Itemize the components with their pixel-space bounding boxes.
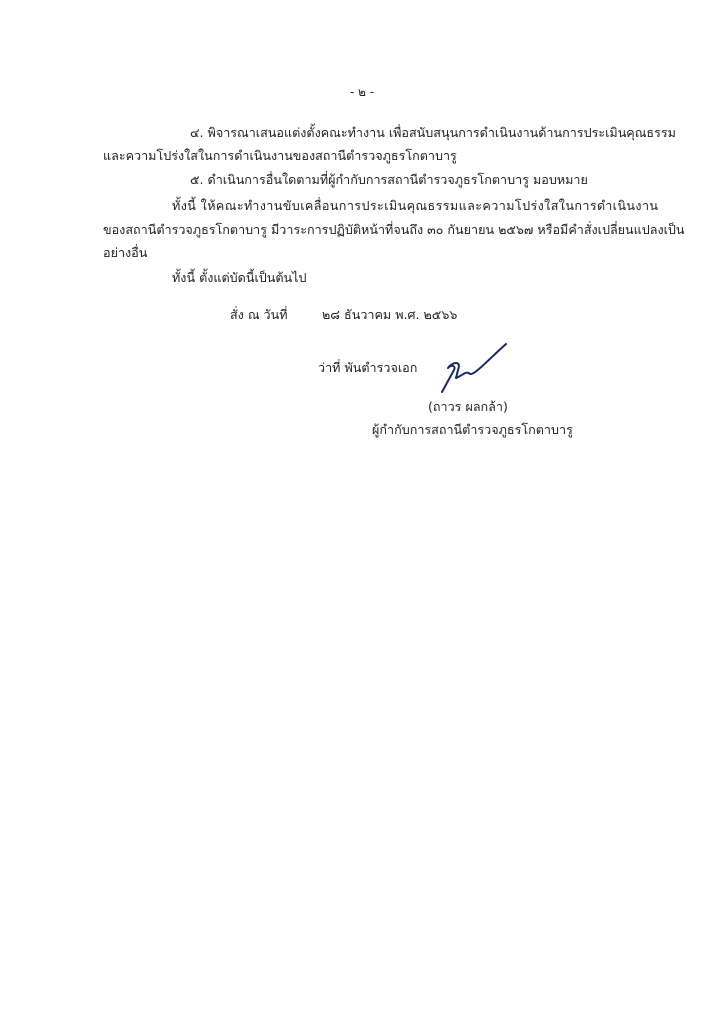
item-5: ๕. ดำเนินการอื่นใดตามที่ผู้กำกับการสถานี… [190, 170, 588, 190]
item-4-line2: และความโปร่งใสในการดำเนินงานของสถานีตำรว… [103, 146, 457, 166]
signatory-name: (ถาวร ผลกล้า) [428, 397, 508, 417]
signatory-position: ผู้กำกับการสถานีตำรวจภูธรโกตาบารู [372, 420, 573, 440]
term-paragraph-line2: ของสถานีตำรวจภูธรโกตาบารู มีวาระการปฏิบั… [103, 220, 685, 240]
signature-image [440, 340, 510, 395]
order-date-label: สั่ง ณ วันที่ [230, 305, 288, 325]
effective-statement: ทั้งนี้ ตั้งแต่บัดนี้เป็นต้นไป [172, 268, 307, 288]
order-date-value: ๒๘ ธันวาคม พ.ศ. ๒๕๖๖ [322, 305, 457, 325]
item-4-line1: ๔. พิจารณาเสนอแต่งตั้งคณะทำงาน เพื่อสนับ… [190, 123, 676, 143]
term-paragraph-line3: อย่างอื่น [103, 243, 147, 263]
term-paragraph-line1: ทั้งนี้ ให้คณะทำงานขับเคลื่อนการประเมินค… [172, 196, 658, 216]
page-number: - ๒ - [0, 82, 724, 102]
signatory-rank: ว่าที่ พันตำรวจเอก [318, 358, 417, 378]
